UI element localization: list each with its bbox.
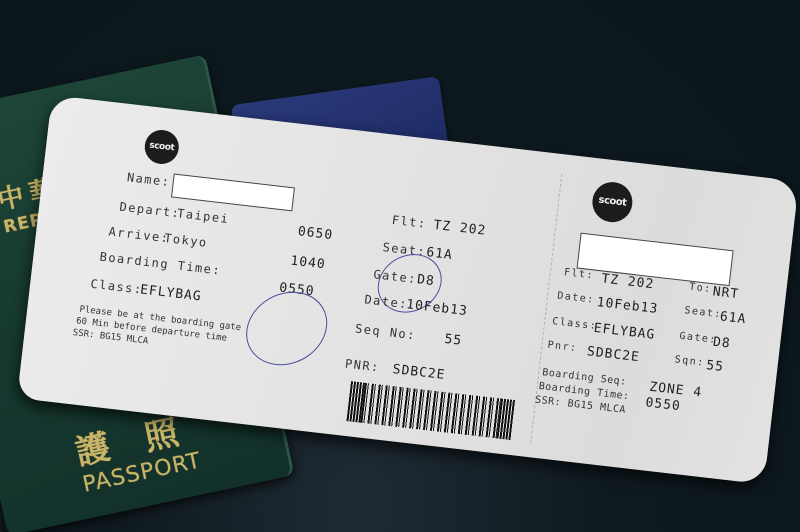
stub-to-label: To:: [689, 282, 713, 296]
class-value: EFLYBAG: [139, 282, 202, 304]
date-value: 10Feb13: [405, 297, 468, 319]
stub-seat-value: 61A: [719, 309, 747, 327]
stub-sqn-value: 55: [705, 358, 724, 375]
seq-value: 55: [444, 332, 463, 349]
stub-pnr-label: Pnr:: [547, 340, 578, 354]
boarding-pass-main: scoot Name: Depart: Taipei 0650 Arrive: …: [17, 95, 564, 457]
scoot-logo-icon: scoot: [143, 128, 181, 166]
stub-class-value: EFLYBAG: [593, 321, 656, 343]
pen-circle-boarding-time: [233, 278, 340, 380]
boarding-pass-stub: scoot Flt: TZ 202 To: NRT Date: 10Feb13 …: [529, 154, 799, 484]
depart-label: Depart:: [119, 200, 181, 221]
barcode-start-pattern: [346, 381, 365, 422]
class-label: Class:: [90, 277, 144, 297]
arrive-time: 1040: [290, 254, 327, 273]
name-redaction: [171, 174, 295, 212]
stub-boarding-time-value: 0550: [645, 395, 682, 414]
stub-seat-label: Seat:: [684, 305, 723, 320]
flight-value: TZ 202: [433, 218, 487, 239]
arrive-value: Tokyo: [164, 231, 209, 250]
scoot-logo-stub-icon: scoot: [590, 180, 634, 224]
stub-pnr-value: SDBC2E: [586, 344, 640, 365]
stub-gate-label: Gate:: [679, 331, 718, 346]
boarding-time-label: Boarding Time:: [99, 250, 222, 278]
stub-class-label: Class:: [552, 316, 598, 332]
stub-flight-label: Flt:: [563, 267, 594, 281]
stub-gate-value: D8: [712, 335, 731, 352]
pdf417-barcode: [346, 381, 515, 440]
photo-scene: 中華民國 REPUBLIC OF CHINA 護照 PASSPORT scoot…: [0, 0, 800, 532]
stub-name-redaction: [577, 233, 734, 286]
depart-time: 0650: [297, 224, 334, 243]
stub-date-label: Date:: [557, 290, 596, 305]
stub-to-value: NRT: [712, 284, 740, 302]
flight-label: Flt:: [391, 213, 427, 231]
stub-sqn-label: Sqn:: [674, 354, 705, 368]
stub-date-value: 10Feb13: [596, 295, 659, 317]
pnr-value: SDBC2E: [392, 362, 446, 383]
seq-label: Seq No:: [354, 321, 416, 342]
depart-value: Taipei: [176, 206, 230, 226]
barcode-stop-pattern: [496, 399, 515, 440]
name-label: Name:: [126, 170, 171, 189]
pnr-label: PNR:: [344, 357, 380, 375]
arrive-label: Arrive:: [108, 224, 170, 245]
